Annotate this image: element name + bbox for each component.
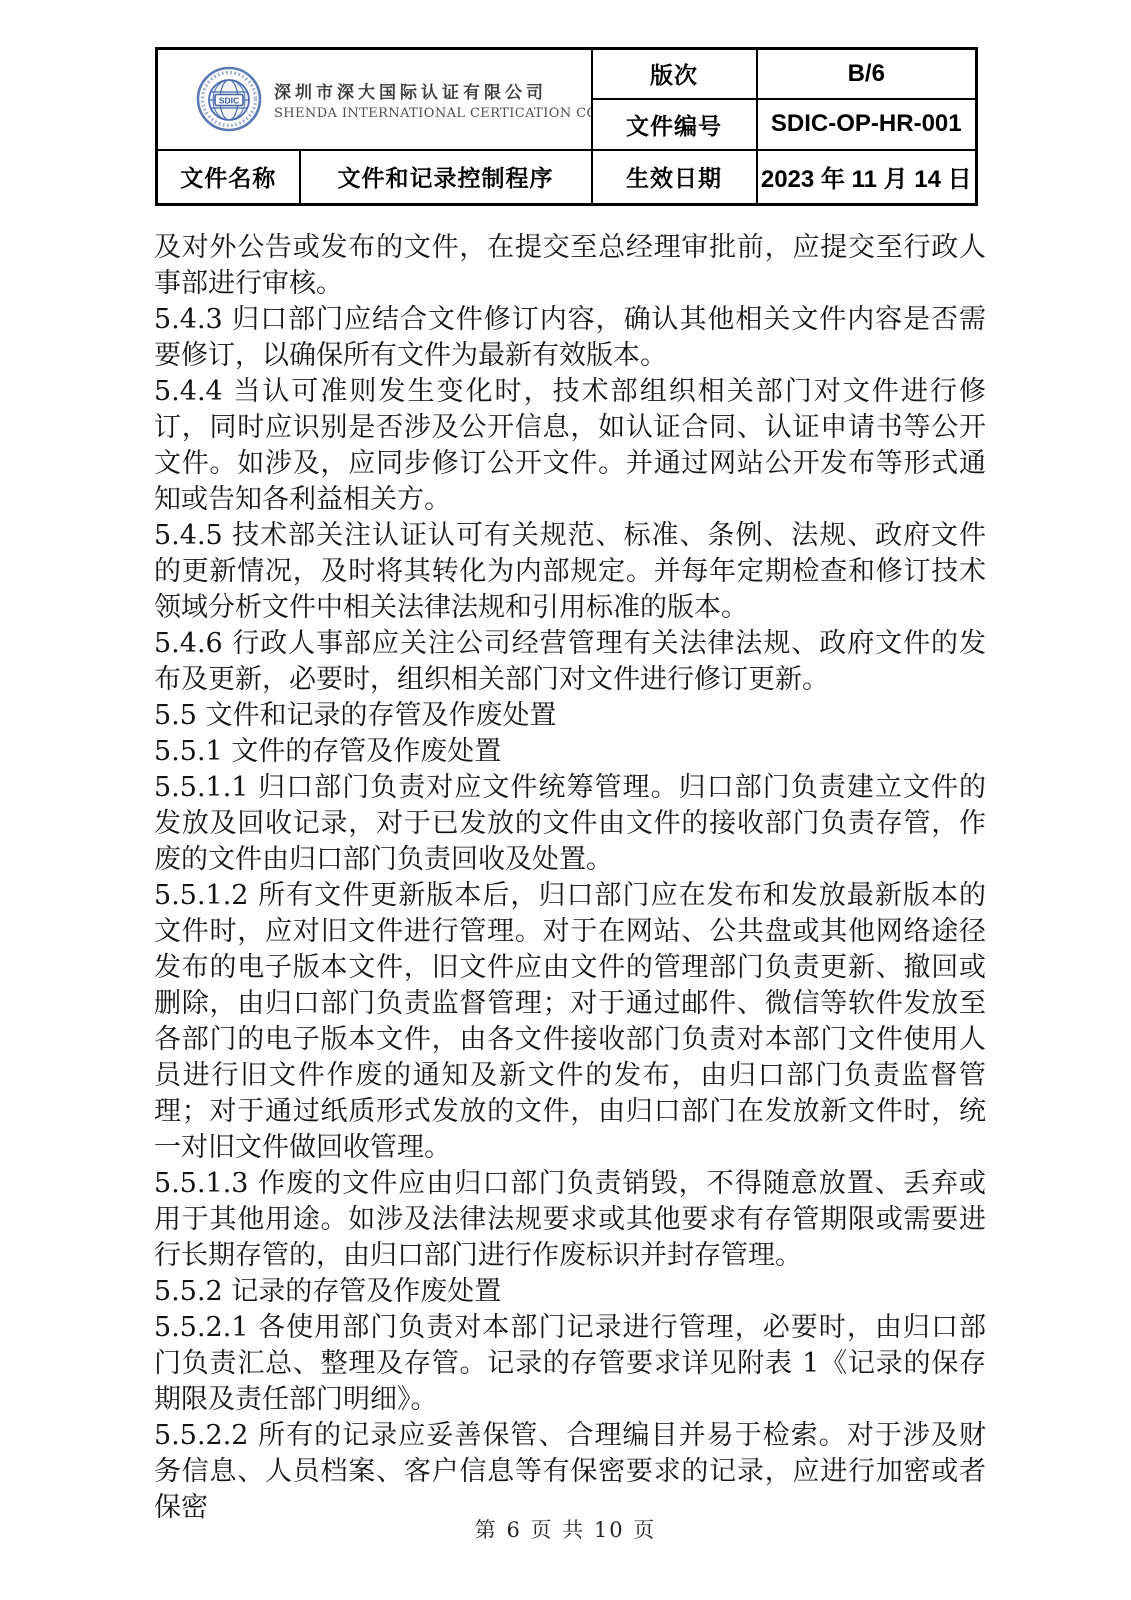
paragraph-5-5-2-2: 5.5.2.2 所有的记录应妥善保管、合理编目并易于检索。对于涉及财务信息、人员… — [154, 1418, 986, 1526]
effective-date-label: 生效日期 — [592, 150, 757, 205]
paragraph-5-5-1-2: 5.5.1.2 所有文件更新版本后，归口部门应在发布和发放最新版本的文件时，应对… — [154, 878, 986, 1166]
paragraph-5-5-1-1: 5.5.1.1 归口部门负责对应文件统筹管理。归口部门负责建立文件的发放及回收记… — [154, 770, 986, 878]
paragraph-5-4-3: 5.4.3 归口部门应结合文件修订内容，确认其他相关文件内容是否需要修订，以确保… — [154, 302, 986, 374]
paragraph-5-4-6: 5.4.6 行政人事部应关注公司经营管理有关法律法规、政府文件的发布及更新，必要… — [154, 626, 986, 698]
version-label: 版次 — [592, 49, 757, 99]
company-logo-icon: SDIC — [196, 66, 262, 132]
effective-date-value: 2023 年 11 月 14 日 — [757, 150, 977, 205]
heading-5-5-2: 5.5.2 记录的存管及作废处置 — [154, 1274, 986, 1310]
page-number: 第 6 页 共 10 页 — [0, 1514, 1131, 1544]
company-identity-cell: SDIC 深圳市深大国际认证有限公司 SHENDA INTERNATIONAL … — [157, 49, 592, 150]
paragraph-5-5-2-1: 5.5.2.1 各使用部门负责对本部门记录进行管理，必要时，由归口部门负责汇总、… — [154, 1310, 986, 1418]
paragraph-continuation: 及对外公告或发布的文件，在提交至总经理审批前，应提交至行政人事部进行审核。 — [154, 230, 986, 302]
doc-number-label: 文件编号 — [592, 99, 757, 150]
paragraph-5-4-5: 5.4.5 技术部关注认证认可有关规范、标准、条例、法规、政府文件的更新情况，及… — [154, 518, 986, 626]
logo-sdic-text: SDIC — [219, 96, 239, 106]
doc-name-value: 文件和记录控制程序 — [300, 150, 592, 205]
heading-5-5-1: 5.5.1 文件的存管及作废处置 — [154, 734, 986, 770]
paragraph-5-5-1-3: 5.5.1.3 作废的文件应由归口部门负责销毁，不得随意放置、丢弃或用于其他用途… — [154, 1166, 986, 1274]
doc-number-value: SDIC-OP-HR-001 — [757, 99, 977, 150]
document-body: 及对外公告或发布的文件，在提交至总经理审批前，应提交至行政人事部进行审核。 5.… — [154, 230, 986, 1526]
company-name-en: SHENDA INTERNATIONAL CERTICATION CO., LT… — [274, 106, 592, 121]
heading-5-5: 5.5 文件和记录的存管及作废处置 — [154, 698, 986, 734]
paragraph-5-4-4: 5.4.4 当认可准则发生变化时，技术部组织相关部门对文件进行修订，同时应识别是… — [154, 374, 986, 518]
doc-name-label: 文件名称 — [157, 150, 300, 205]
version-value: B/6 — [757, 49, 977, 99]
document-page: SDIC 深圳市深大国际认证有限公司 SHENDA INTERNATIONAL … — [0, 0, 1131, 1600]
company-name-cn: 深圳市深大国际认证有限公司 — [274, 78, 592, 103]
document-header-table: SDIC 深圳市深大国际认证有限公司 SHENDA INTERNATIONAL … — [155, 47, 978, 206]
